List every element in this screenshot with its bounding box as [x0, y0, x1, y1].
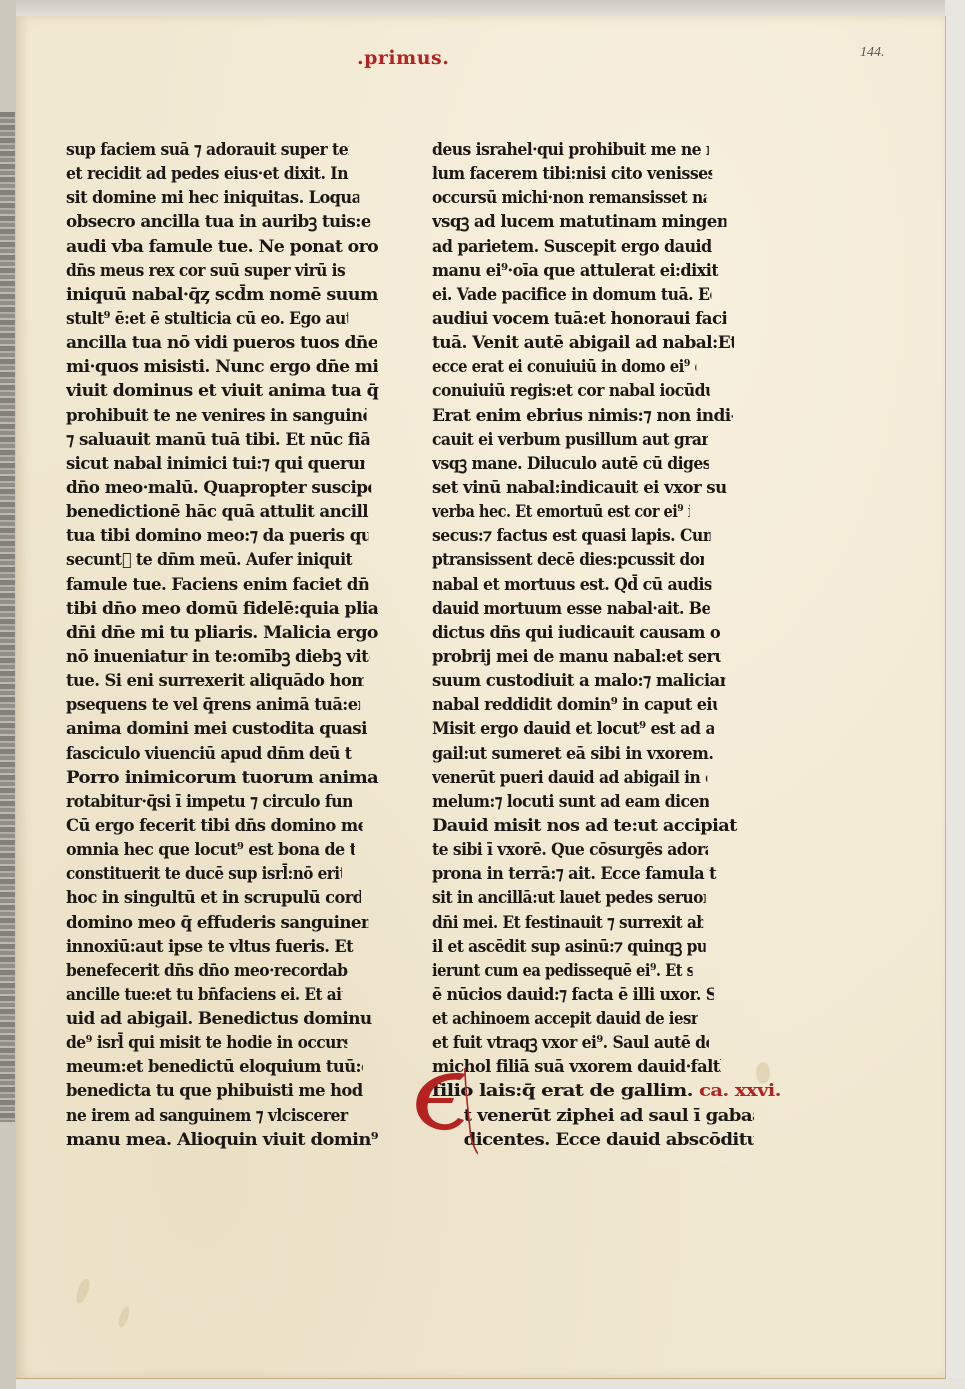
text-line: dn̄i mei. Et festinauit ⁊ surrexit abiga… [432, 911, 703, 935]
text-line: rotabitur·q̄si ī impetu ⁊ circulo funde. [66, 790, 352, 814]
text-line: omnia hec que locut⁹ est bona de te·⁊ [66, 838, 355, 862]
running-head: .primus. [357, 47, 449, 69]
text-line: ⁊ saluauit manū tuā tibi. Et nūc fiāt [66, 428, 369, 452]
text-line: occursū michi·non remansisset nabal [432, 186, 706, 210]
text-line: sit domine mi hec iniquitas. Loquatᷓ [66, 186, 359, 210]
text-line: deus israhel·qui prohibuit me ne ma- [432, 138, 709, 162]
text-line: dn̄s meus rex cor suū super virū istum [66, 259, 346, 283]
text-line: ne irem ad sanguinem ⁊ vlciscerer me [66, 1104, 350, 1128]
text-line: nō inueniatur in te:omībꝫ diebꝫ vite [66, 645, 369, 669]
text-line: benedicta tu que phibuisti me hodie [66, 1079, 363, 1103]
text-line: stult⁹ ē:et ē stulticia cū eo. Ego autem [66, 307, 348, 331]
text-line: obsecro ancilla tua in auribꝫ tuis:et [66, 210, 370, 234]
text-line: audiui vocem tuā:et honoraui faciē [432, 307, 726, 331]
text-line: fasciculo viuenciū apud dn̄m deū tuū. [66, 742, 351, 766]
parchment-stain [116, 1305, 131, 1328]
text-line: Porro inimicorum tuorum anima [66, 766, 394, 790]
text-line: famule tue. Faciens enim faciet dn̄s [66, 573, 368, 597]
text-line: nabal reddidit domin⁹ in caput eius. [432, 693, 717, 717]
folio-number: 144. [860, 45, 885, 61]
previous-page-text-strip [0, 112, 15, 1122]
text-line: prohibuit te ne venires in sanguinē: [66, 404, 366, 428]
text-line: domino meo q̄ effuderis sanguinem [66, 911, 368, 935]
text-line: benedictionē hāc quā attulit ancilla [66, 500, 368, 524]
chapter-heading: ca. xxvi. [699, 1081, 781, 1101]
text-line: vsqꝫ mane. Diluculo autē cū digestis- [432, 452, 709, 476]
text-line: dn̄o meo·malū. Quapropter suscipe [66, 476, 371, 500]
text-line: tibi dn̄o meo domū fidelē:quia plia [66, 597, 378, 621]
decorated-initial-E-icon [408, 1068, 478, 1158]
text-line: nabal et mortuus est. Qd̄ cū audisset [432, 573, 711, 597]
text-line: prona in terrā:⁊ ait. Ecce famula tua [432, 862, 716, 886]
text-line: suum custodiuit a malo:⁊ maliciam [432, 669, 725, 693]
text-line: et fuit vtraqꝫ vxor ei⁹. Saul autē dedit [432, 1031, 709, 1055]
text-line: hoc in singultū et in scrupulū cordis [66, 886, 361, 910]
text-line: sup faciem suā ⁊ adorauit super terrā: [66, 138, 349, 162]
text-line: melum:⁊ locuti sunt ad eam dicenteſ. [432, 790, 709, 814]
left-text-column: sup faciem suā ⁊ adorauit super terrā:et… [66, 138, 378, 1152]
text-line: uid ad abigail. Benedictus dominuſ [66, 1007, 372, 1031]
text-line: constituerit te ducē sup isrl̄:nō erit t… [66, 862, 342, 886]
text-line: secus:⁊ factus est quasi lapis. Cumqꝫ [432, 524, 711, 548]
text-line: il et ascēdit sup asinū:⁊ quinqꝫ puelle [432, 935, 706, 959]
text-line: sit in ancillā:ut lauet pedes seruorum [432, 886, 706, 910]
text-line: tue. Si eni surrexerit aliquādo homo [66, 669, 364, 693]
text-line: audi vba famule tue. Ne ponat oro [66, 235, 381, 259]
text-line: venerūt pueri dauid ad abigail in car- [432, 766, 707, 790]
scan-backdrop-bottom [0, 1378, 965, 1389]
text-line: conuiuiū regis:et cor nabal iocūdum. [432, 379, 710, 403]
text-line: filio lais:q̄ erat de gallim. ca. xxvi. [432, 1079, 783, 1103]
text-line: set vinū nabal:indicauit ei vxor sua [432, 476, 726, 500]
text-line: viuit dominus et viuit anima tua q̄ [66, 379, 383, 403]
text-line: cauit ei verbum pusillum aut grande· [432, 428, 708, 452]
text-line: gail:ut sumeret eā sibi in vxorem. Et [432, 742, 715, 766]
text-line: ancilla tua nō vidi pueros tuos dn̄e [66, 331, 377, 355]
text-line: et recidit ad pedes eius·et dixit. In me [66, 162, 351, 186]
text-line: te sibi ī vxorē. Que cōsurgēs adorauit [432, 838, 708, 862]
text-line: manu mea. Alioquin viuit domin⁹ [66, 1128, 392, 1152]
text-line: Erat enim ebrius nimis:⁊ non indi- [432, 404, 733, 428]
text-line: ad parietem. Suscepit ergo dauid de [432, 235, 716, 259]
text-line: tuā. Venit autē abigail ad nabal:Et [432, 331, 734, 355]
text-line: lum facerem tibi:nisi cito venisses in [432, 162, 712, 186]
text-line: Misit ergo dauid et locut⁹ est ad abi- [432, 717, 714, 741]
scan-backdrop-right [945, 0, 965, 1389]
text-line: innoxiū:aut ipse te vltus fueris. Et cū [66, 935, 358, 959]
right-text-column: deus israhel·qui prohibuit me ne ma-lum … [432, 138, 737, 1152]
text-line: meum:et benedictū eloquium tuū:et [66, 1055, 363, 1079]
text-line: mi·quos misisti. Nunc ergo dn̄e mi [66, 355, 378, 379]
text-line: Dauid misit nos ad te:ut accipiat [432, 814, 747, 838]
text-line: benefecerit dn̄s dn̄o meo·recordaberis [66, 959, 348, 983]
text-line: de⁹ isrl̄ qui misit te hodie in occursum [66, 1031, 347, 1055]
text-line: ē nūcios dauid:⁊ facta ē illi uxor. Sed [432, 983, 714, 1007]
text-line: dn̄i dn̄e mi tu pliaris. Malicia ergo [66, 621, 381, 645]
text-line: ierunt cum ea pedissequē ei⁹. Et secuta [432, 959, 693, 983]
text-line: dauid mortuum esse nabal·ait. Bene- [432, 597, 710, 621]
text-line: probrij mei de manu nabal:et seruū [432, 645, 721, 669]
text-line: vsqꝫ ad lucem matutinam mingens [432, 210, 726, 234]
text-line: t venerūt ziphei ad saul ī gabaa· [432, 1104, 754, 1128]
text-line: manu ei⁹·oīa que attulerat ei:dixitqꝫ [432, 259, 718, 283]
text-line: ancille tue:et tu bn̄faciens ei. Et ait … [66, 983, 343, 1007]
text-line: sicut nabal inimici tui:⁊ qui querunt [66, 452, 365, 476]
text-line: secuntᷓ te dn̄m meū. Aufer iniquitatē [66, 548, 352, 572]
parchment-stain [74, 1277, 92, 1305]
text-line: psequens te vel q̄rens animā tuā:erit [66, 693, 360, 717]
text-line: ecce erat ei conuiuiū in domo ei⁹ quasi [432, 355, 696, 379]
text-line: verba hec. Et emortuū est cor ei⁹ intrin… [432, 500, 690, 524]
text-line: dicentes. Ecce dauid abscōditus [432, 1128, 754, 1152]
text-line: et achinoem accepit dauid de iesrahel: [432, 1007, 698, 1031]
text-line: anima domini mei custodita quasi ī [66, 717, 370, 741]
text-line: tua tibi domino meo:⁊ da pueris qui [66, 524, 368, 548]
text-line: ei. Vade pacifice in domum tuā. Ecce [432, 283, 711, 307]
text-line: iniquū nabal·q̄ȥ scd̄m nomē suum [66, 283, 384, 307]
text-line: Cū ergo fecerit tibi dn̄s domino meo [66, 814, 363, 838]
text-line: dictus dn̄s qui iudicauit causam op- [432, 621, 720, 645]
text-line: ptransissent decē dies:pcussit domin⁹ [432, 548, 704, 572]
